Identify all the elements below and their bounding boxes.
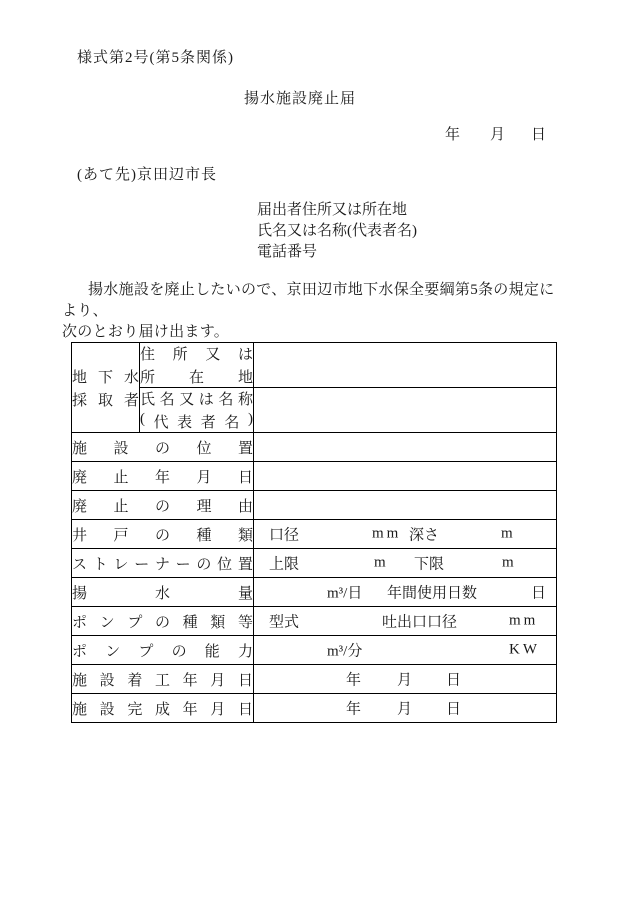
unit-m-label: m xyxy=(502,555,514,572)
group-label-line-2: 採取者 xyxy=(72,389,139,410)
date-day-label: 日 xyxy=(531,123,546,144)
name-label-line-1: 氏名又は名称 xyxy=(140,388,253,409)
declarant-name-label: 氏名又は名称(代表者名) xyxy=(257,221,417,242)
pumping-volume-label: 揚水量 xyxy=(72,582,253,603)
table-row: 施設の位置 xyxy=(72,433,557,462)
table-row: 施設着工年月日 年 月 日 xyxy=(72,665,557,694)
pump-type-label-cell: ポンプの種類等 xyxy=(72,607,254,636)
form-page: 様式第2号(第5条関係) 揚水施設廃止届 年 月 日 (あて先)京田辺市長 届出… xyxy=(0,0,630,903)
abolition-reason-value-cell xyxy=(254,491,557,520)
completion-date-label: 施設完成年月日 xyxy=(72,698,253,719)
table-row: ストレーナーの位置 上限 m 下限 m xyxy=(72,549,557,578)
pump-capacity-label-cell: ポンプの能力 xyxy=(72,636,254,665)
abolition-date-label: 廃止年月日 xyxy=(72,466,253,487)
declarant-address-label: 届出者住所又は所在地 xyxy=(257,200,417,221)
abolition-reason-label-cell: 廃止の理由 xyxy=(72,491,254,520)
table-row: 氏名又は名称 (代表者名) xyxy=(72,388,557,433)
abolition-reason-label: 廃止の理由 xyxy=(72,495,253,516)
unit-kw-label: KW xyxy=(509,642,540,659)
date-line: 年 月 日 xyxy=(0,123,630,141)
upper-limit-label: 上限 xyxy=(269,553,299,574)
construction-start-label: 施設着工年月日 xyxy=(72,669,253,690)
declarant-block: 届出者住所又は所在地 氏名又は名称(代表者名) 電話番号 xyxy=(257,200,417,263)
depth-label: 深さ xyxy=(409,524,439,545)
addressee-line: (あて先)京田辺市長 xyxy=(77,163,217,184)
address-label-line-2: 所在地 xyxy=(140,366,253,387)
form-number: 様式第2号(第5条関係) xyxy=(77,46,234,67)
pump-capacity-label: ポンプの能力 xyxy=(72,640,253,661)
name-label-cell: 氏名又は名称 (代表者名) xyxy=(140,388,254,433)
address-value-cell xyxy=(254,343,557,388)
abolition-date-value-cell xyxy=(254,462,557,491)
unit-m-label: m xyxy=(374,555,386,572)
completion-date-label-cell: 施設完成年月日 xyxy=(72,694,254,723)
lower-limit-label: 下限 xyxy=(414,553,444,574)
month-label: 月 xyxy=(397,698,412,719)
year-label: 年 xyxy=(346,669,361,690)
groundwater-extractor-header: 地下水 採取者 xyxy=(72,343,140,433)
table-row: 廃止の理由 xyxy=(72,491,557,520)
strainer-position-label: ストレーナーの位置 xyxy=(72,553,253,574)
document-title: 揚水施設廃止届 xyxy=(0,87,600,108)
unit-m-label: m xyxy=(501,526,513,543)
name-value-cell xyxy=(254,388,557,433)
pump-type-label: ポンプの種類等 xyxy=(72,611,253,632)
strainer-position-label-cell: ストレーナーの位置 xyxy=(72,549,254,578)
facility-location-value-cell xyxy=(254,433,557,462)
well-type-value-cell: 口径 mm 深さ m xyxy=(254,520,557,549)
annual-use-days-label: 年間使用日数 xyxy=(387,582,477,603)
facility-location-label: 施設の位置 xyxy=(72,437,253,458)
date-month-label: 月 xyxy=(490,123,505,144)
unit-m3-per-day-label: m³/日 xyxy=(327,582,362,603)
bore-diameter-label: 口径 xyxy=(269,524,299,545)
month-label: 月 xyxy=(397,669,412,690)
pumping-volume-label-cell: 揚水量 xyxy=(72,578,254,607)
body-line-1: 揚水施設を廃止したいので、京田辺市地下水保全要綱第5条の規定により、 xyxy=(62,280,562,322)
day-label: 日 xyxy=(446,669,461,690)
table-row: 施設完成年月日 年 月 日 xyxy=(72,694,557,723)
completion-date-value-cell: 年 月 日 xyxy=(254,694,557,723)
declarant-phone-label: 電話番号 xyxy=(257,242,417,263)
pump-type-value-cell: 型式 吐出口口径 mm xyxy=(254,607,557,636)
strainer-position-value-cell: 上限 m 下限 m xyxy=(254,549,557,578)
facility-location-label-cell: 施設の位置 xyxy=(72,433,254,462)
date-year-label: 年 xyxy=(445,123,460,144)
table-row: 地下水 採取者 住所又は 所在地 xyxy=(72,343,557,388)
unit-day-label: 日 xyxy=(531,582,546,603)
year-label: 年 xyxy=(346,698,361,719)
address-label-cell: 住所又は 所在地 xyxy=(140,343,254,388)
unit-mm-label: mm xyxy=(509,613,538,630)
well-type-label-cell: 井戸の種類 xyxy=(72,520,254,549)
table-row: ポンプの能力 m³/分 KW xyxy=(72,636,557,665)
name-label-line-2: (代表者名) xyxy=(140,411,253,432)
construction-start-label-cell: 施設着工年月日 xyxy=(72,665,254,694)
day-label: 日 xyxy=(446,698,461,719)
table-row: 廃止年月日 xyxy=(72,462,557,491)
model-label: 型式 xyxy=(269,611,299,632)
table-row: ポンプの種類等 型式 吐出口口径 mm xyxy=(72,607,557,636)
address-label-line-1: 住所又は xyxy=(140,343,253,364)
group-label-line-1: 地下水 xyxy=(72,366,139,387)
abolition-date-label-cell: 廃止年月日 xyxy=(72,462,254,491)
unit-mm-label: mm xyxy=(372,526,401,543)
construction-start-value-cell: 年 月 日 xyxy=(254,665,557,694)
body-paragraph: 揚水施設を廃止したいので、京田辺市地下水保全要綱第5条の規定により、 次のとおり… xyxy=(62,280,562,343)
table-row: 揚水量 m³/日 年間使用日数 日 xyxy=(72,578,557,607)
unit-m3-per-min-label: m³/分 xyxy=(327,640,362,661)
table-row: 井戸の種類 口径 mm 深さ m xyxy=(72,520,557,549)
pumping-volume-value-cell: m³/日 年間使用日数 日 xyxy=(254,578,557,607)
form-table: 地下水 採取者 住所又は 所在地 氏名又は名称 (代表者名) 施設の位置 xyxy=(71,342,557,723)
body-line-2: 次のとおり届け出ます。 xyxy=(62,322,562,343)
pump-capacity-value-cell: m³/分 KW xyxy=(254,636,557,665)
well-type-label: 井戸の種類 xyxy=(72,524,253,545)
outlet-diameter-label: 吐出口口径 xyxy=(382,611,457,632)
